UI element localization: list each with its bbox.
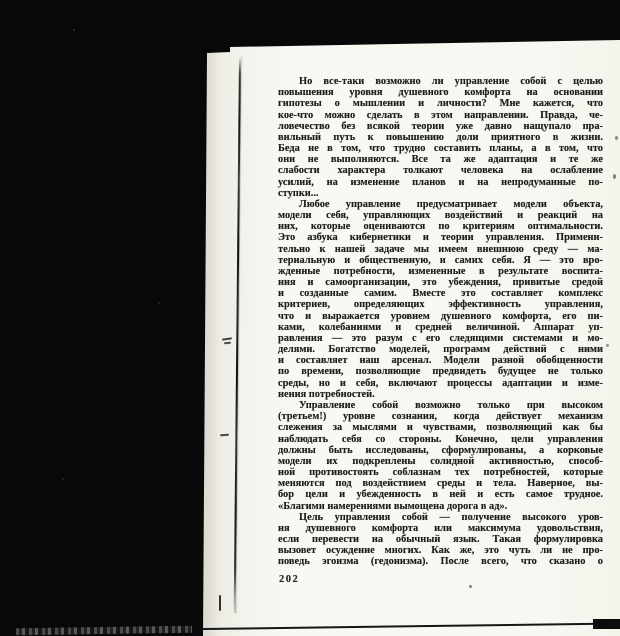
text-line: и созданные самим. Вместе это составляет… <box>278 288 603 299</box>
paragraph: Цель управления собой — получение высоко… <box>278 512 603 568</box>
text-line: модели себя, управляющих воздействий и р… <box>278 210 603 221</box>
text-line: что и выражается уровнем душевного комфо… <box>278 311 603 322</box>
text-line: Беда не в том, что трудно составить план… <box>278 143 603 154</box>
text-line: делями. Богатство моделей, программ дейс… <box>278 344 603 355</box>
page-number: 202 <box>279 574 299 585</box>
text-line: ния и самоорганизации, это убеждения, пр… <box>278 277 603 288</box>
text-line: жденные потребности, измененные в резуль… <box>278 266 603 277</box>
text-line: ной противостоять соблазнам тех потребно… <box>278 467 603 478</box>
dust-speck <box>73 29 75 31</box>
paragraph: Управление собой возможно только при выс… <box>278 400 603 512</box>
text-line: Любое управление предусматривает модели … <box>278 199 603 210</box>
paragraph: Но все-таки возможно ли управление собой… <box>278 76 603 199</box>
dust-speck <box>158 302 160 304</box>
text-line: вильный путь к повышению доли приятного … <box>278 132 603 143</box>
paper-speck <box>469 585 472 588</box>
text-line: они не выполняются. Все та же адаптация … <box>278 154 603 165</box>
text-line: Управление собой возможно только при выс… <box>278 400 603 411</box>
text-line: равления — это разум с его следящими сис… <box>278 333 603 344</box>
text-line: слабости характера толкают человека на о… <box>278 165 603 176</box>
text-line: и составляет наш арсенал. Модели разной … <box>278 355 603 366</box>
text-line: если перевести на обычный язык. Такая фо… <box>278 534 603 545</box>
bottom-right-corner-shadow <box>593 619 620 629</box>
text-line: «Благими намерениями вымощена дорога в а… <box>278 501 603 512</box>
text-line: териальную и общественную, и самих себя.… <box>278 255 603 266</box>
text-line: нения потребностей. <box>278 389 603 400</box>
text-line: ня душевного комфорта или максимума удов… <box>278 523 603 534</box>
text-line: ловечество без всякой теории уже давно н… <box>278 121 603 132</box>
text-line: Это азбука кибернетики и теории управлен… <box>278 232 603 243</box>
text-line: слежения за мыслями и чувствами, позволя… <box>278 422 603 433</box>
text-line: наблюдать себя со стороны. Конечно, цели… <box>278 434 603 445</box>
text-line: усилий, на изменение планов и на непроду… <box>278 177 603 188</box>
text-line: кое-что можно сделать в этом направлении… <box>278 110 603 121</box>
text-line: (третьем!) уровне сознания, когда действ… <box>278 411 603 422</box>
paper-speck <box>606 344 609 347</box>
text-line: тельно к нашей задаче мы имеем внешнюю с… <box>278 244 603 255</box>
text-line: модели их подкреплены солидной активност… <box>278 456 603 467</box>
text-line: ками, колебаниями и средней величиной. А… <box>278 322 603 333</box>
text-line: среды, но и себя, включают процессы адап… <box>278 378 603 389</box>
text-line: Цель управления собой — получение высоко… <box>278 512 603 523</box>
text-line: вызовет осуждение многих. Как же, это чу… <box>278 545 603 556</box>
text-line: поведь эгоизма (гедонизма). После всего,… <box>278 556 603 567</box>
text-line: меняются под воздействием среды и тела. … <box>278 478 603 489</box>
dust-speck <box>62 478 64 480</box>
book-photo: Но все-таки возможно ли управление собой… <box>0 0 620 636</box>
text-line: критериев, определяющих эффективность уп… <box>278 299 603 310</box>
text-line: ступки... <box>278 188 603 199</box>
text-line: должны быть исследованы, сформулированы,… <box>278 445 603 456</box>
paper-speck <box>613 174 616 179</box>
text-line: по времени, позволяющие предвидеть будущ… <box>278 366 603 377</box>
text-line: бор цели и убежденность в ней и есть сам… <box>278 489 603 500</box>
text-line: повышения уровня душевного комфорта на о… <box>278 87 603 98</box>
text-line: гипотезы о мышлении и личности? Мне каже… <box>278 98 603 109</box>
text-column: Но все-таки возможно ли управление собой… <box>278 76 603 568</box>
paper-speck <box>615 136 618 140</box>
paragraph: Любое управление предусматривает модели … <box>278 199 603 400</box>
gutter-mark <box>219 595 221 611</box>
text-line: Но все-таки возможно ли управление собой… <box>278 76 603 87</box>
text-line: них, которые оцениваются по критериям оп… <box>278 221 603 232</box>
